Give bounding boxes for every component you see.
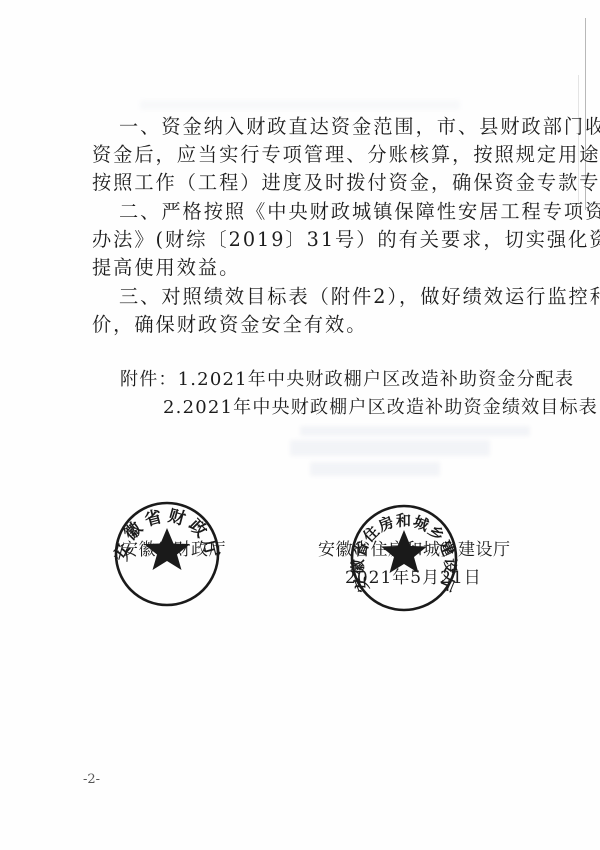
paragraph-1-line-1: 一、资金纳入财政直达资金范围，市、县财政部门收到补助 bbox=[119, 113, 549, 141]
document-page: 一、资金纳入财政直达资金范围，市、县财政部门收到补助 资金后，应当实行专项管理、… bbox=[0, 0, 600, 850]
signature-date: 2021年5月21日 bbox=[345, 566, 482, 590]
paragraph-1-line-2: 资金后，应当实行专项管理、分账核算，按照规定用途使用，并 bbox=[92, 141, 522, 169]
paragraph-2-line-2: 办法》(财综〔2019〕31号）的有关要求，切实强化资金监管， bbox=[92, 226, 522, 254]
paragraph-1-line-3: 按照工作（工程）进度及时拨付资金，确保资金专款专用。 bbox=[92, 169, 522, 197]
attachments-label: 附件： bbox=[120, 369, 178, 390]
attachments-line-1: 附件：1.2021年中央财政棚户区改造补助资金分配表 bbox=[120, 366, 550, 394]
paragraph-2-line-3: 提高使用效益。 bbox=[92, 254, 522, 282]
bleed-through bbox=[310, 462, 440, 476]
bleed-through bbox=[290, 440, 490, 456]
paragraph-3-line-1: 三、对照绩效目标表（附件2），做好绩效运行监控和绩效评 bbox=[119, 283, 549, 311]
paragraph-2-line-1: 二、严格按照《中央财政城镇保障性安居工程专项资金管理 bbox=[119, 198, 549, 226]
bleed-through bbox=[300, 426, 530, 436]
paragraph-3-line-2: 价，确保财政资金安全有效。 bbox=[92, 311, 522, 339]
bleed-through bbox=[140, 100, 460, 110]
attachment-item-2: 2.2021年中央财政棚户区改造补助资金绩效目标表 bbox=[163, 394, 593, 422]
page-number: -2- bbox=[83, 772, 100, 787]
attachment-item-1: 1.2021年中央财政棚户区改造补助资金分配表 bbox=[178, 369, 575, 390]
signature-right-org: 安徽省住房和城乡建设厅 bbox=[318, 538, 511, 562]
signature-left-org: 安徽省财政厅 bbox=[121, 538, 226, 562]
